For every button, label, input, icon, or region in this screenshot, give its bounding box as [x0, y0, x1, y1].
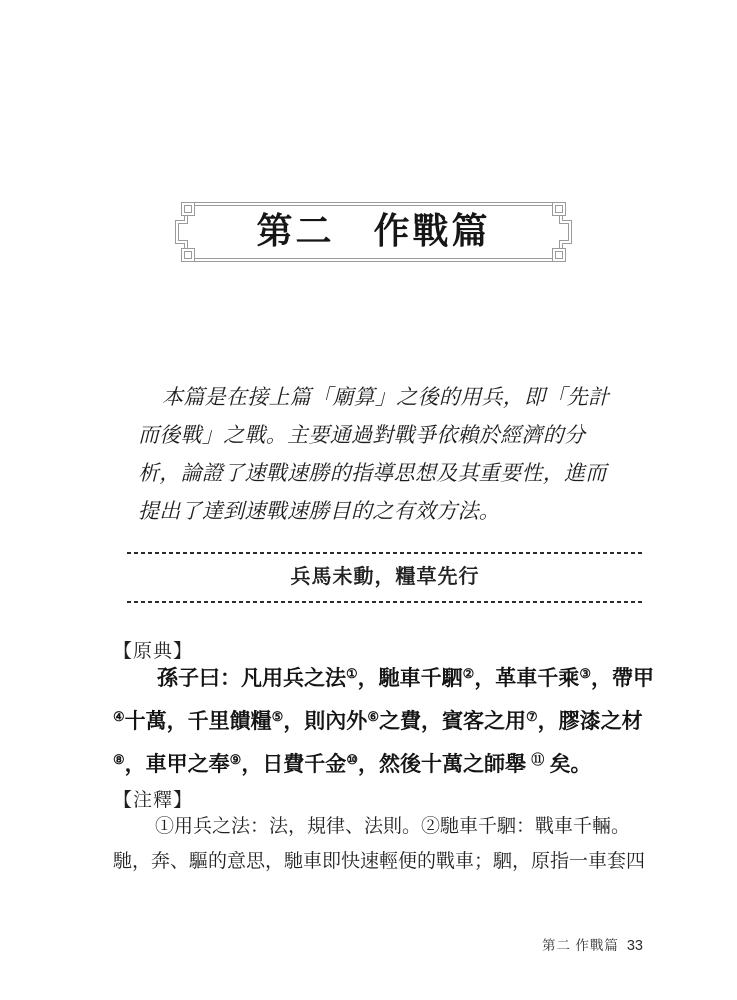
original-line: ⑧，車甲之奉⑨，日費千金⑩，然後十萬之師舉 ⑪ 矣。: [113, 744, 653, 787]
notes-section-label: 【注釋】: [113, 785, 193, 812]
original-line: 孫子曰：凡用兵之法①，馳車千駟②，革車千乘③，帶甲: [113, 658, 653, 701]
intro-line: 提出了達到速戰速勝目的之有效方法。: [138, 492, 624, 530]
original-line: ④十萬，千里饋糧⑤，則內外⑥之費，賓客之用⑦，膠漆之材: [113, 701, 653, 744]
chapter-title: 第二 作戰篇: [174, 201, 573, 263]
footer-page-number: 33: [627, 938, 643, 954]
original-text-paragraph: 孫子曰：凡用兵之法①，馳車千駟②，革車千乘③，帶甲 ④十萬，千里饋糧⑤，則內外⑥…: [113, 658, 653, 787]
intro-line: 本篇是在接上篇「廟算」之後的用兵，即「先計: [138, 378, 624, 416]
notes-line: 馳，奔、驅的意思，馳車即快速輕便的戰車；駟，原指一車套四: [113, 844, 653, 879]
intro-paragraph: 本篇是在接上篇「廟算」之後的用兵，即「先計 而後戰」之戰。主要通過對戰爭依賴於經…: [138, 378, 624, 530]
intro-line: 而後戰」之戰。主要通過對戰爭依賴於經濟的分: [138, 416, 624, 454]
chapter-title-box: 第二 作戰篇: [174, 201, 573, 263]
section-divider: 兵馬未動，糧草先行: [127, 552, 643, 603]
page-footer: 第二 作戰篇33: [542, 934, 643, 954]
dashed-rule-bottom: [127, 601, 643, 603]
notes-paragraph: ①用兵之法：法，規律、法則。②馳車千駟：戰車千輛。 馳，奔、驅的意思，馳車即快速…: [113, 809, 653, 879]
footer-chapter-title: 第二 作戰篇: [542, 938, 619, 953]
intro-line: 析，論證了速戰速勝的指導思想及其重要性，進而: [138, 454, 624, 492]
book-page: 第二 作戰篇 本篇是在接上篇「廟算」之後的用兵，即「先計 而後戰」之戰。主要通過…: [0, 0, 737, 1000]
divider-heading: 兵馬未動，糧草先行: [127, 554, 643, 601]
notes-line: ①用兵之法：法，規律、法則。②馳車千駟：戰車千輛。: [113, 809, 653, 844]
